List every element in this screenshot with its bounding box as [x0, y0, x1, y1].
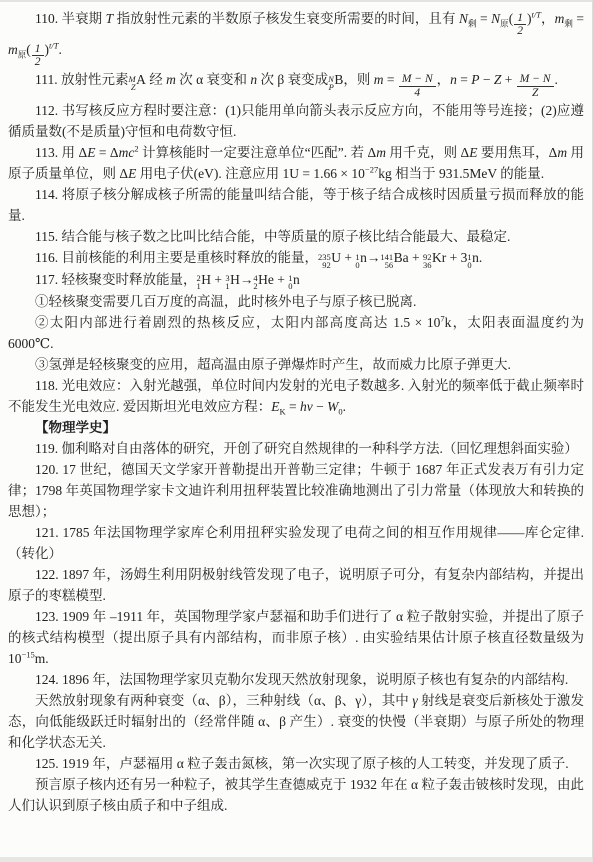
item-112: 112. 书写核反应方程时要注意：(1)只能用单向箭头表示反应方向，不能用等号连…: [8, 100, 584, 142]
fraction: M − NZ: [516, 73, 555, 100]
nuclide-notation: 10n: [355, 247, 367, 269]
text-run: .: [343, 399, 346, 414]
subscript: 剩: [468, 19, 477, 29]
nuclide-notation: 10n: [467, 247, 479, 269]
text-run: 112. 书写核反应方程时要注意：(1)只能用单向箭头表示反应方向，不能用等号连…: [8, 103, 584, 139]
fraction: 12: [513, 12, 527, 39]
text-run: .: [479, 250, 482, 265]
text-run: 预言原子核内还有另一种粒子，被其学生查德威克于 1932 年在 α 粒子轰击铍核…: [8, 777, 584, 813]
text-run: ，: [541, 11, 555, 26]
nuclide-notation: 9236Kr: [423, 247, 446, 269]
item-116: 116. 目前核能的利用主要是重核时释放的能量，23592U + 10n→141…: [8, 247, 584, 269]
item-124-cont: 天然放射现象有两种衰变（α、β），三种射线（α、β、γ），其中 γ 射线是衰变后…: [8, 690, 584, 753]
nuclide-notation: MZA: [129, 69, 146, 91]
text-run: 次 β 衰变成: [257, 72, 328, 87]
text-run: +: [341, 250, 355, 265]
text-run: .: [555, 72, 558, 87]
text-run: +: [274, 272, 288, 287]
math-variable: m: [376, 145, 386, 160]
text-run: 125. 1919 年，卢瑟福用 α 粒子轰击氮核，第一次实现了原子核的人工转变…: [35, 756, 569, 771]
math-variable: P: [471, 72, 479, 87]
text-run: 115. 结合能与核子数之比叫比结合能，中等质量的原子核比结合能最大、最稳定.: [35, 229, 510, 244]
text-run: =: [286, 399, 300, 414]
math-variable: N: [459, 11, 468, 26]
document-body: 110. 半衰期 T 指放射性元素的半数原子核发生衰变所需要的时间，且有 N剩 …: [8, 8, 584, 816]
text-run: =: [573, 11, 584, 26]
text-run: .: [58, 42, 61, 57]
math-variable: m: [8, 42, 18, 57]
text-run: 122. 1897 年，汤姆生利用阴极射线管发现了电子，说明原子可分，有复杂内部…: [8, 567, 584, 603]
text-run: 指放射性元素的半数原子核发生衰变所需要的时间，且有: [113, 11, 459, 26]
text-run: =: [477, 11, 491, 26]
text-run: 120. 17 世纪，德国天文学家开普勒提出开普勒三定律；牛顿于 1687 年正…: [8, 462, 584, 519]
math-variable: m: [557, 145, 567, 160]
text-run: 要用焦耳，Δ: [477, 145, 557, 160]
math-variable: E: [271, 399, 279, 414]
text-run: 110. 半衰期: [35, 11, 106, 26]
text-run: 天然放射现象有两种衰变（α、β），三种射线（α、β、γ），其中: [35, 693, 412, 708]
text-run: 次 α 衰变和: [176, 72, 251, 87]
text-run: 123. 1909 年 –1911 年，英国物理学家卢瑟福和助手们进行了 α 粒…: [8, 609, 584, 666]
text-run: 经: [146, 72, 166, 87]
text-run: 124. 1896 年，法国物理学家贝克勒尔发现天然放射现象，说明原子核也有复杂…: [35, 672, 568, 687]
math-variable: mc: [119, 145, 135, 160]
text-run: 121. 1785 年法国物理学家库仑利用扭秤实验发现了电荷之间的相互作用规律—…: [8, 525, 584, 561]
nuclide-notation: 42He: [253, 269, 274, 291]
text-run: =: [457, 72, 471, 87]
subscript: 原: [500, 19, 509, 29]
item-122: 122. 1897 年，汤姆生利用阴极射线管发现了电子，说明原子可分，有复杂内部…: [8, 564, 584, 606]
text-run: +: [211, 272, 225, 287]
document-page: 110. 半衰期 T 指放射性元素的半数原子核发生衰变所需要的时间，且有 N剩 …: [0, 0, 593, 862]
text-run: 用千克，则 Δ: [386, 145, 469, 160]
item-114: 114. 将原子核分解成核子所需的能量叫结合能，等于核子结合成核时因质量亏损而释…: [8, 184, 584, 226]
item-121: 121. 1785 年法国物理学家库仑利用扭秤实验发现了电荷之间的相互作用规律—…: [8, 522, 584, 564]
text-run: ③氢弹是轻核聚变的应用，超高温由原子弹爆炸时产生，故而威力比原子弹更大.: [35, 357, 511, 372]
text-run: +: [409, 250, 423, 265]
item-124: 124. 1896 年，法国物理学家贝克勒尔发现天然放射现象，说明原子核也有复杂…: [8, 669, 584, 690]
item-117: 117. 轻核聚变时释放能量，21H + 31H→42He + 10n: [8, 269, 584, 291]
section-header-physics-history: 【物理学史】: [8, 417, 584, 438]
text-run: ，则: [343, 72, 373, 87]
text-run: 114. 将原子核分解成核子所需的能量叫结合能，等于核子结合成核时因质量亏损而释…: [8, 187, 584, 223]
text-run: 111. 放射性元素: [35, 72, 129, 87]
item-117-note-3: ③氢弹是轻核聚变的应用，超高温由原子弹爆炸时产生，故而威力比原子弹更大.: [8, 354, 584, 375]
text-run: +: [501, 72, 515, 87]
item-115: 115. 结合能与核子数之比叫比结合能，中等质量的原子核比结合能最大、最稳定.: [8, 226, 584, 247]
math-variable: m: [555, 11, 565, 26]
text-run: ①轻核聚变需要几百万度的高温，此时核外电子与原子核已脱离.: [35, 294, 416, 309]
item-110: 110. 半衰期 T 指放射性元素的半数原子核发生衰变所需要的时间，且有 N剩 …: [8, 8, 584, 69]
math-variable: W: [327, 399, 338, 414]
math-variable: hν: [300, 399, 313, 414]
nuclide-notation: NPB: [328, 69, 343, 91]
text-run: kg 相当于 931.5MeV 的能量.: [378, 166, 544, 181]
text-run: 119. 伽利略对自由落体的研究，开创了研究自然规律的一种科学方法.（回忆理想斜…: [35, 441, 578, 456]
text-run: 113. 用 Δ: [35, 145, 87, 160]
text-run: ②太阳内部进行着剧烈的热核反应，太阳内部高度高达 1.5 × 10: [35, 315, 440, 330]
text-run: →: [367, 250, 381, 265]
item-111: 111. 放射性元素MZA 经 m 次 α 衰变和 n 次 β 衰变成NPB，则…: [8, 69, 584, 100]
text-run: 计算核能时一定要注意单位“匹配”. 若 Δ: [139, 145, 377, 160]
item-125-cont: 预言原子核内还有另一种粒子，被其学生查德威克于 1932 年在 α 粒子轰击铍核…: [8, 774, 584, 816]
nuclide-notation: 31H: [225, 269, 240, 291]
math-variable: m: [166, 72, 176, 87]
item-117-note-2: ②太阳内部进行着剧烈的热核反应，太阳内部高度高达 1.5 × 107k，太阳表面…: [8, 312, 584, 354]
text-run: 【物理学史】: [35, 420, 116, 435]
subscript: 原: [18, 49, 27, 59]
subscript: 剩: [564, 19, 573, 29]
text-run: 116. 目前核能的利用主要是重核时释放的能量，: [35, 250, 318, 265]
fraction: 12: [31, 43, 45, 70]
item-123: 123. 1909 年 –1911 年，英国物理学家卢瑟福和助手们进行了 α 粒…: [8, 606, 584, 669]
item-113: 113. 用 ΔE = Δmc2 计算核能时一定要注意单位“匹配”. 若 Δm …: [8, 142, 584, 184]
text-run: =: [383, 72, 397, 87]
superscript: −27: [365, 165, 378, 175]
text-run: = Δ: [95, 145, 118, 160]
text-run: m.: [35, 651, 49, 666]
text-run: −: [480, 72, 494, 87]
text-run: + 3: [446, 250, 467, 265]
text-run: −: [313, 399, 327, 414]
superscript: −15: [22, 649, 35, 659]
nuclide-notation: 21H: [197, 269, 212, 291]
text-run: →: [240, 272, 254, 287]
superscript-exponent: t/T: [532, 10, 541, 20]
nuclide-notation: 14156Ba: [380, 247, 408, 269]
item-117-note-1: ①轻核聚变需要几百万度的高温，此时核外电子与原子核已脱离.: [8, 291, 584, 312]
text-run: ，: [437, 72, 451, 87]
item-118: 118. 光电效应：入射光越强，单位时间内发射的光电子数越多. 入射光的频率低于…: [8, 375, 584, 417]
math-variable: n: [450, 72, 457, 87]
item-120: 120. 17 世纪，德国天文学家开普勒提出开普勒三定律；牛顿于 1687 年正…: [8, 459, 584, 522]
item-119: 119. 伽利略对自由落体的研究，开创了研究自然规律的一种科学方法.（回忆理想斜…: [8, 438, 584, 459]
text-run: 117. 轻核聚变时释放能量，: [35, 272, 197, 287]
nuclide-notation: 23592U: [318, 247, 341, 269]
math-variable: N: [491, 11, 500, 26]
text-run: 用电子伏(eV). 注意应用 1U = 1.66 × 10: [136, 166, 365, 181]
nuclide-notation: 10n: [288, 269, 300, 291]
fraction: M − N4: [398, 73, 437, 100]
item-125: 125. 1919 年，卢瑟福用 α 粒子轰击氮核，第一次实现了原子核的人工转变…: [8, 753, 584, 774]
